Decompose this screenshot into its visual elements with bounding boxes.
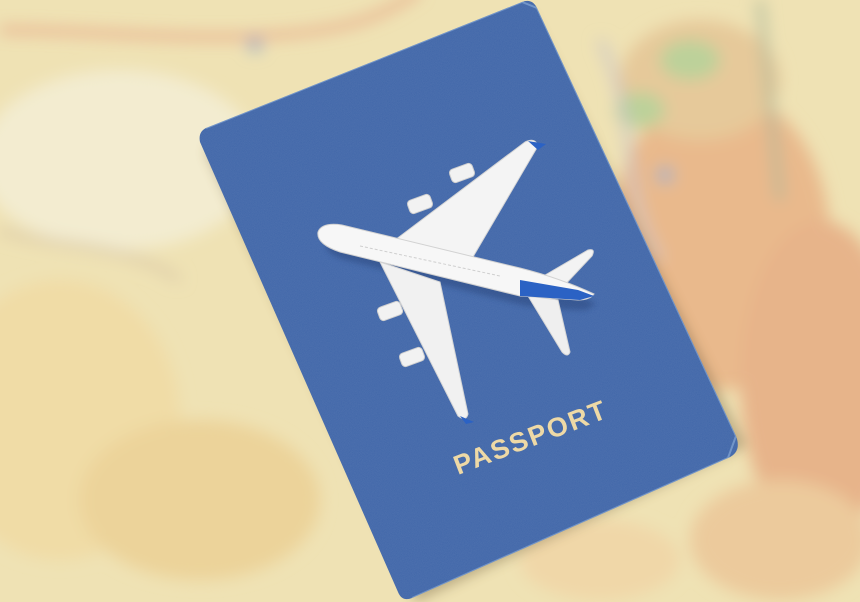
photo-canvas: PASSPORT	[0, 0, 860, 602]
photo-scene: PASSPORT	[0, 0, 860, 602]
